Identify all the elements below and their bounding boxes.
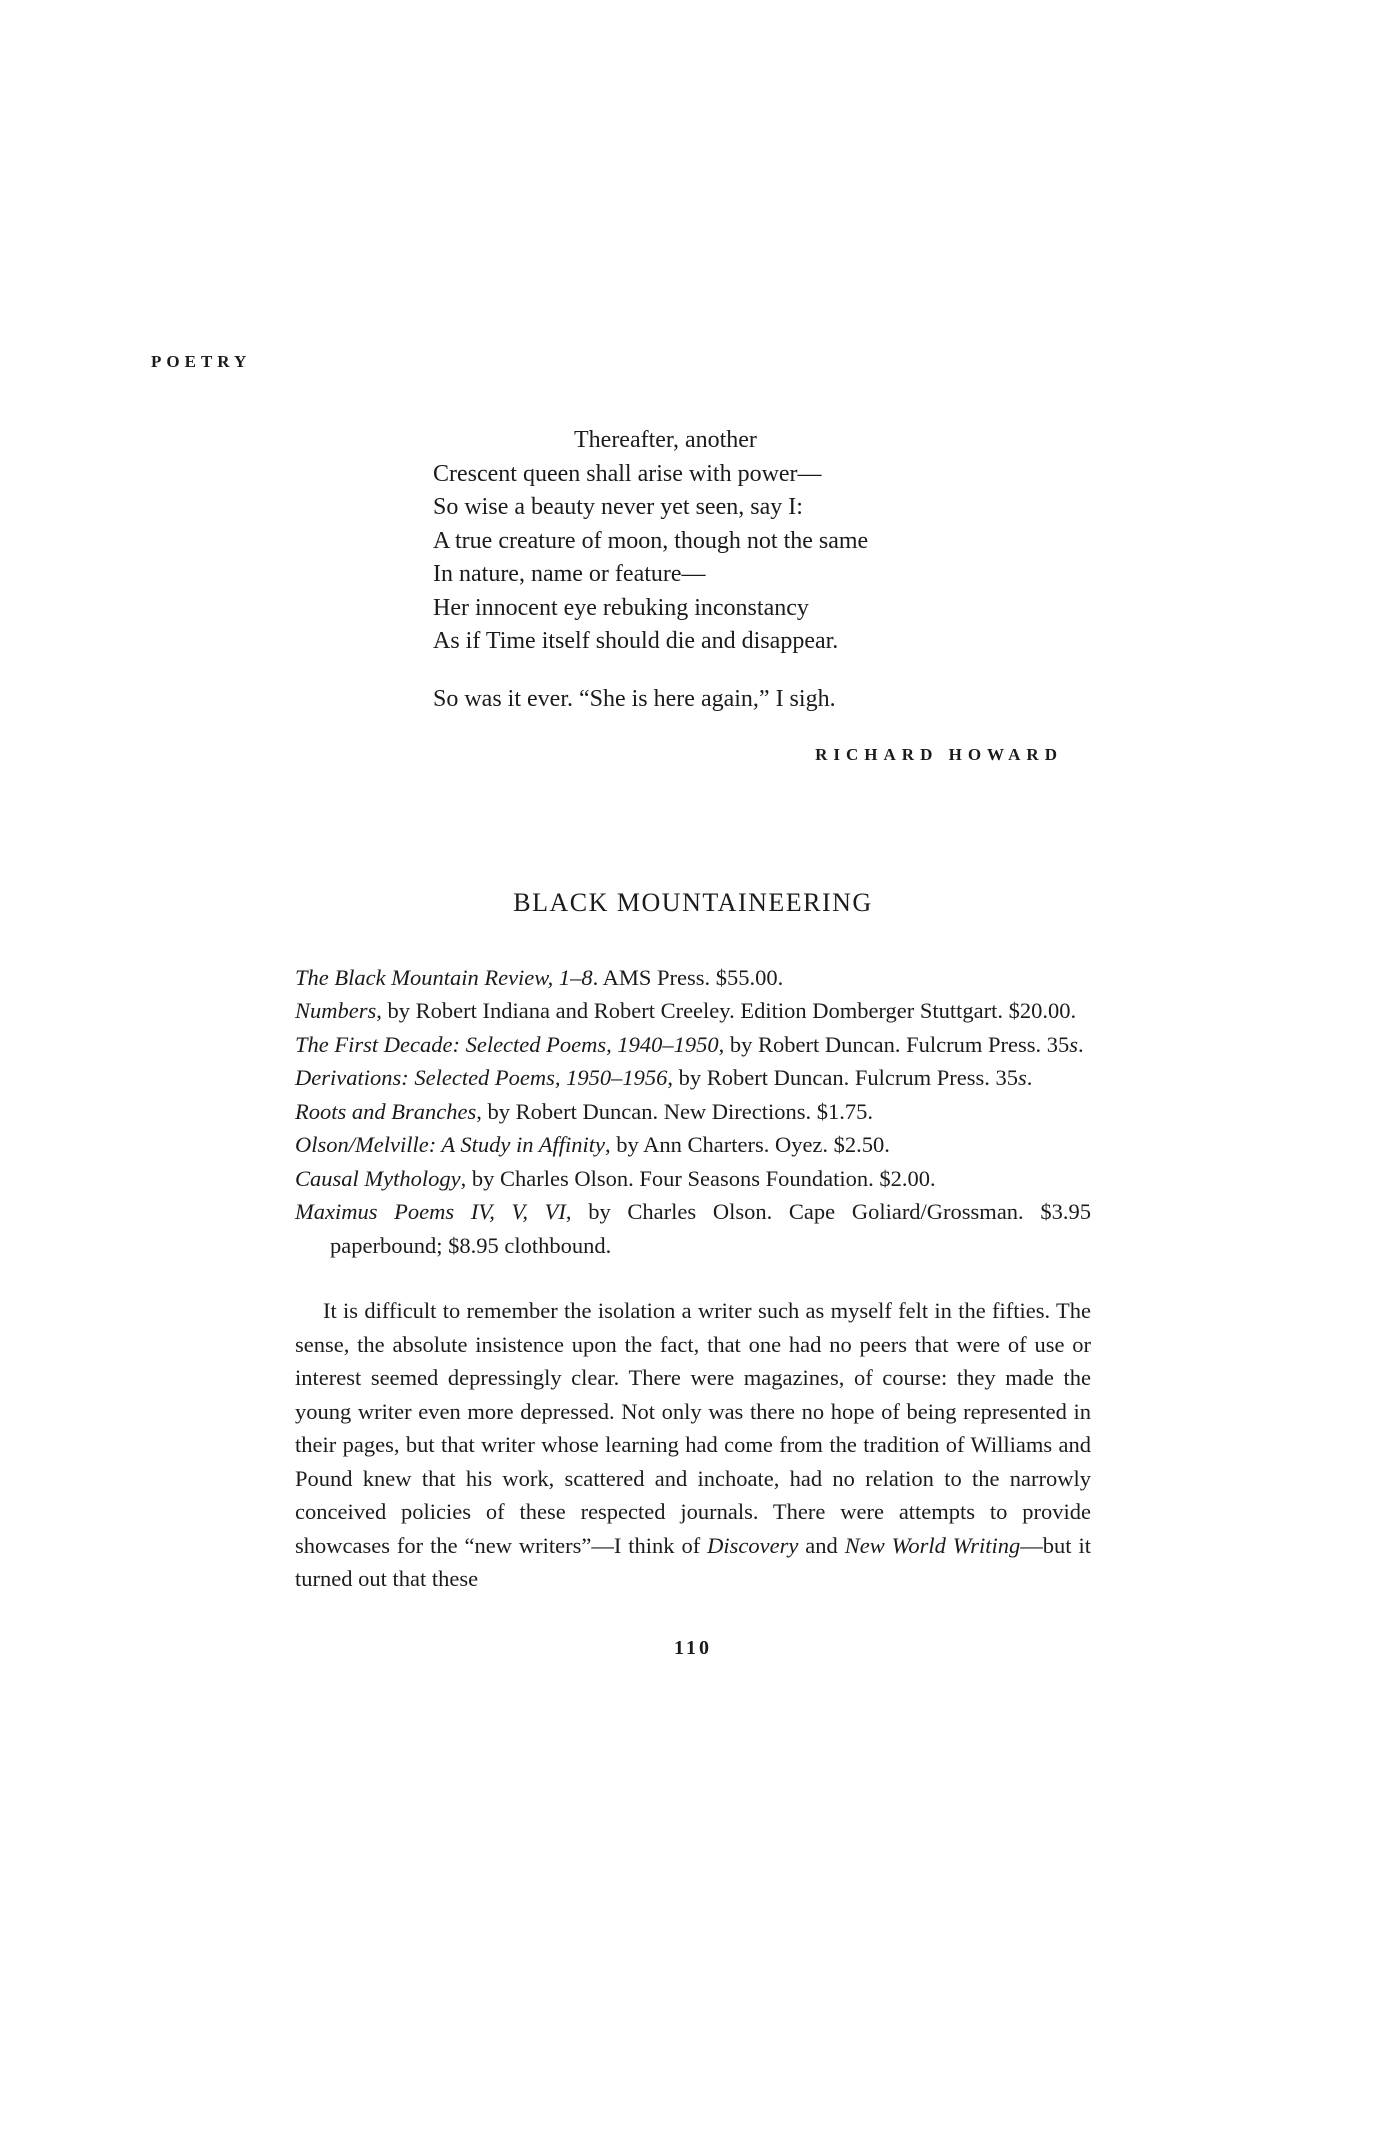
italic-text-segment: s <box>1069 1032 1078 1057</box>
text-column: Thereafter, another Crescent queen shall… <box>295 424 1091 1663</box>
italic-text-segment: Olson/Melville: A Study in Affinity <box>295 1132 605 1157</box>
text-segment: , by Ann Charters. Oyez. $2.50. <box>605 1132 890 1157</box>
text-segment: , by Robert Duncan. New Directions. $1.7… <box>476 1099 873 1124</box>
italic-text-segment: Causal Mythology <box>295 1166 461 1191</box>
poem-stanza: Crescent queen shall arise with power—So… <box>433 458 1091 659</box>
italic-text-segment: s <box>1018 1065 1027 1090</box>
text-segment: , by Robert Duncan. Fulcrum Press. 35 <box>719 1032 1070 1057</box>
italic-text-segment: New World Writing <box>845 1533 1021 1558</box>
italic-text-segment: The Black Mountain Review, 1–8 <box>295 965 593 990</box>
italic-text-segment: Derivations: Selected Poems, 1950–1956 <box>295 1065 667 1090</box>
text-segment: . <box>1078 1032 1084 1057</box>
bibliography-entry: The First Decade: Selected Poems, 1940–1… <box>295 1028 1091 1062</box>
poem-line: As if Time itself should die and disappe… <box>433 625 1091 659</box>
poem: Thereafter, another Crescent queen shall… <box>295 424 1091 716</box>
poem-author: RICHARD HOWARD <box>295 738 1091 772</box>
italic-text-segment: The First Decade: Selected Poems, 1940–1… <box>295 1032 719 1057</box>
poem-line: So was it ever. “She is here again,” I s… <box>433 683 1091 717</box>
text-segment: . AMS Press. $55.00. <box>593 965 784 990</box>
bibliography-entry: Roots and Branches, by Robert Duncan. Ne… <box>295 1095 1091 1129</box>
section-heading: BLACK MOUNTAINEERING <box>295 885 1091 921</box>
bibliography-entry: Derivations: Selected Poems, 1950–1956, … <box>295 1061 1091 1095</box>
italic-text-segment: Discovery <box>707 1533 798 1558</box>
poem-line: Thereafter, another <box>295 424 1091 458</box>
text-segment: and <box>798 1533 844 1558</box>
italic-text-segment: Roots and Branches <box>295 1099 476 1124</box>
bibliography-entry: Maximus Poems IV, V, VI, by Charles Olso… <box>295 1195 1091 1262</box>
body-paragraph: It is difficult to remember the isolatio… <box>295 1294 1091 1596</box>
bibliography-entry: The Black Mountain Review, 1–8. AMS Pres… <box>295 961 1091 995</box>
poem-line: Crescent queen shall arise with power— <box>433 458 1091 492</box>
text-segment: , by Charles Olson. Four Seasons Foundat… <box>461 1166 936 1191</box>
text-segment: , by Robert Indiana and Robert Creeley. … <box>376 998 1076 1023</box>
bibliography-entry: Olson/Melville: A Study in Affinity, by … <box>295 1128 1091 1162</box>
poem-line: A true creature of moon, though not the … <box>433 525 1091 559</box>
bibliography-list: The Black Mountain Review, 1–8. AMS Pres… <box>295 961 1091 1263</box>
italic-text-segment: Numbers <box>295 998 376 1023</box>
bibliography-entry: Numbers, by Robert Indiana and Robert Cr… <box>295 994 1091 1028</box>
poem-line: In nature, name or feature— <box>433 558 1091 592</box>
poem-line: Her innocent eye rebuking inconstancy <box>433 592 1091 626</box>
book-page: POETRY Thereafter, another Crescent quee… <box>0 0 1400 2154</box>
poem-line: So wise a beauty never yet seen, say I: <box>433 491 1091 525</box>
italic-text-segment: Maximus Poems IV, V, VI <box>295 1199 566 1224</box>
text-segment: , by Robert Duncan. Fulcrum Press. 35 <box>667 1065 1018 1090</box>
page-number: 110 <box>295 1633 1091 1663</box>
bibliography-entry: Causal Mythology, by Charles Olson. Four… <box>295 1162 1091 1196</box>
running-head: POETRY <box>151 352 251 372</box>
text-segment: It is difficult to remember the isolatio… <box>295 1298 1091 1558</box>
text-segment: . <box>1027 1065 1033 1090</box>
